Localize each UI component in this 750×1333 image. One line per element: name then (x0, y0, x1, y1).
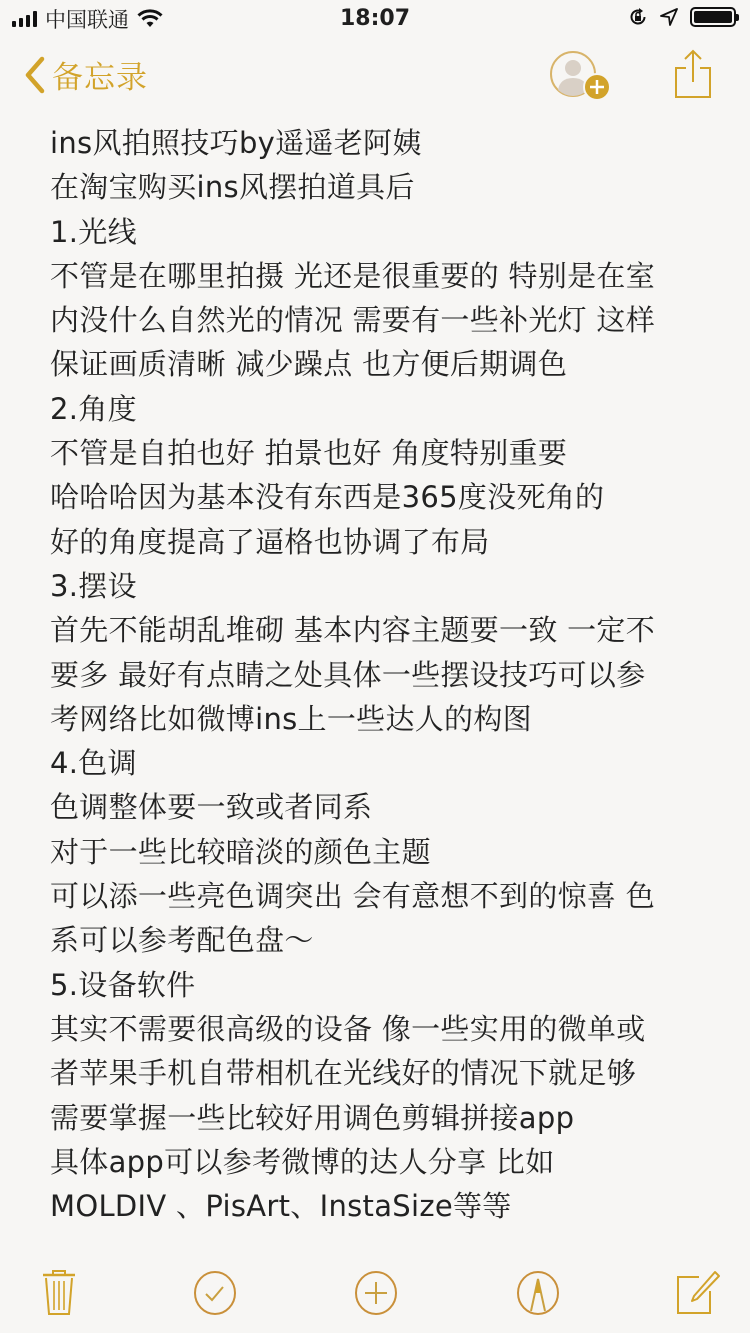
section-heading: 4.色调 (50, 741, 730, 785)
note-line: 需要掌握一些比较好用调色剪辑拼接app (50, 1096, 730, 1140)
pen-tip-circle-icon (514, 1269, 562, 1317)
section-heading: 2.角度 (50, 387, 730, 431)
note-title: ins风拍照技巧by遥遥老阿姨 (50, 121, 730, 165)
compose-icon (673, 1269, 721, 1317)
note-line: 哈哈哈因为基本没有东西是365度没死角的 (50, 475, 730, 519)
note-line: 在淘宝购买ins风摆拍道具后 (50, 165, 730, 209)
note-line: 不管是自拍也好 拍景也好 角度特别重要 (50, 431, 730, 475)
note-line: 好的角度提高了逼格也协调了布局 (50, 520, 730, 564)
note-line: 对于一些比较暗淡的颜色主题 (50, 830, 730, 874)
checkmark-circle-icon (191, 1269, 239, 1317)
trash-button[interactable] (34, 1268, 84, 1318)
checklist-button[interactable] (190, 1268, 240, 1318)
chevron-left-icon (24, 56, 46, 94)
trash-icon (40, 1269, 78, 1317)
note-line: 考网络比如微博ins上一些达人的构图 (50, 697, 730, 741)
add-person-icon (548, 50, 612, 104)
compose-button[interactable] (672, 1268, 722, 1318)
note-line: 保证画质清晰 减少躁点 也方便后期调色 (50, 342, 730, 386)
status-bar: 中国联通 18:07 (0, 0, 750, 38)
status-right (628, 7, 736, 27)
note-line: MOLDIV 、PisArt、InstaSize等等 (50, 1184, 730, 1228)
note-line: 其实不需要很高级的设备 像一些实用的微单或 (50, 1007, 730, 1051)
add-person-button[interactable] (548, 50, 612, 102)
note-line: 具体app可以参考微博的达人分享 比如 (50, 1140, 730, 1184)
location-arrow-icon (660, 8, 678, 26)
note-line: 首先不能胡乱堆砌 基本内容主题要一致 一定不 (50, 608, 730, 652)
plus-circle-icon (352, 1269, 400, 1317)
share-icon (672, 48, 714, 100)
navigation-bar: 备忘录 (0, 38, 750, 118)
share-button[interactable] (672, 48, 714, 100)
back-button[interactable]: 备忘录 (24, 52, 148, 97)
back-label: 备忘录 (52, 52, 148, 97)
sketch-button[interactable] (513, 1268, 563, 1318)
section-heading: 5.设备软件 (50, 963, 730, 1007)
section-heading: 1.光线 (50, 210, 730, 254)
orientation-lock-icon (628, 7, 648, 27)
section-heading: 3.摆设 (50, 564, 730, 608)
note-body[interactable]: ins风拍照技巧by遥遥老阿姨 在淘宝购买ins风摆拍道具后 1.光线 不管是在… (50, 121, 730, 1228)
add-button[interactable] (351, 1268, 401, 1318)
bottom-toolbar (0, 1244, 750, 1333)
note-line: 要多 最好有点睛之处具体一些摆设技巧可以参 (50, 653, 730, 697)
note-line: 不管是在哪里拍摄 光还是很重要的 特别是在室 (50, 254, 730, 298)
note-line: 内没什么自然光的情况 需要有一些补光灯 这样 (50, 298, 730, 342)
battery-full-icon (690, 7, 736, 27)
note-line: 可以添一些亮色调突出 会有意想不到的惊喜 色 (50, 874, 730, 918)
note-line: 者苹果手机自带相机在光线好的情况下就足够 (50, 1051, 730, 1095)
note-line: 系可以参考配色盘～ (50, 918, 730, 962)
note-line: 色调整体要一致或者同系 (50, 785, 730, 829)
